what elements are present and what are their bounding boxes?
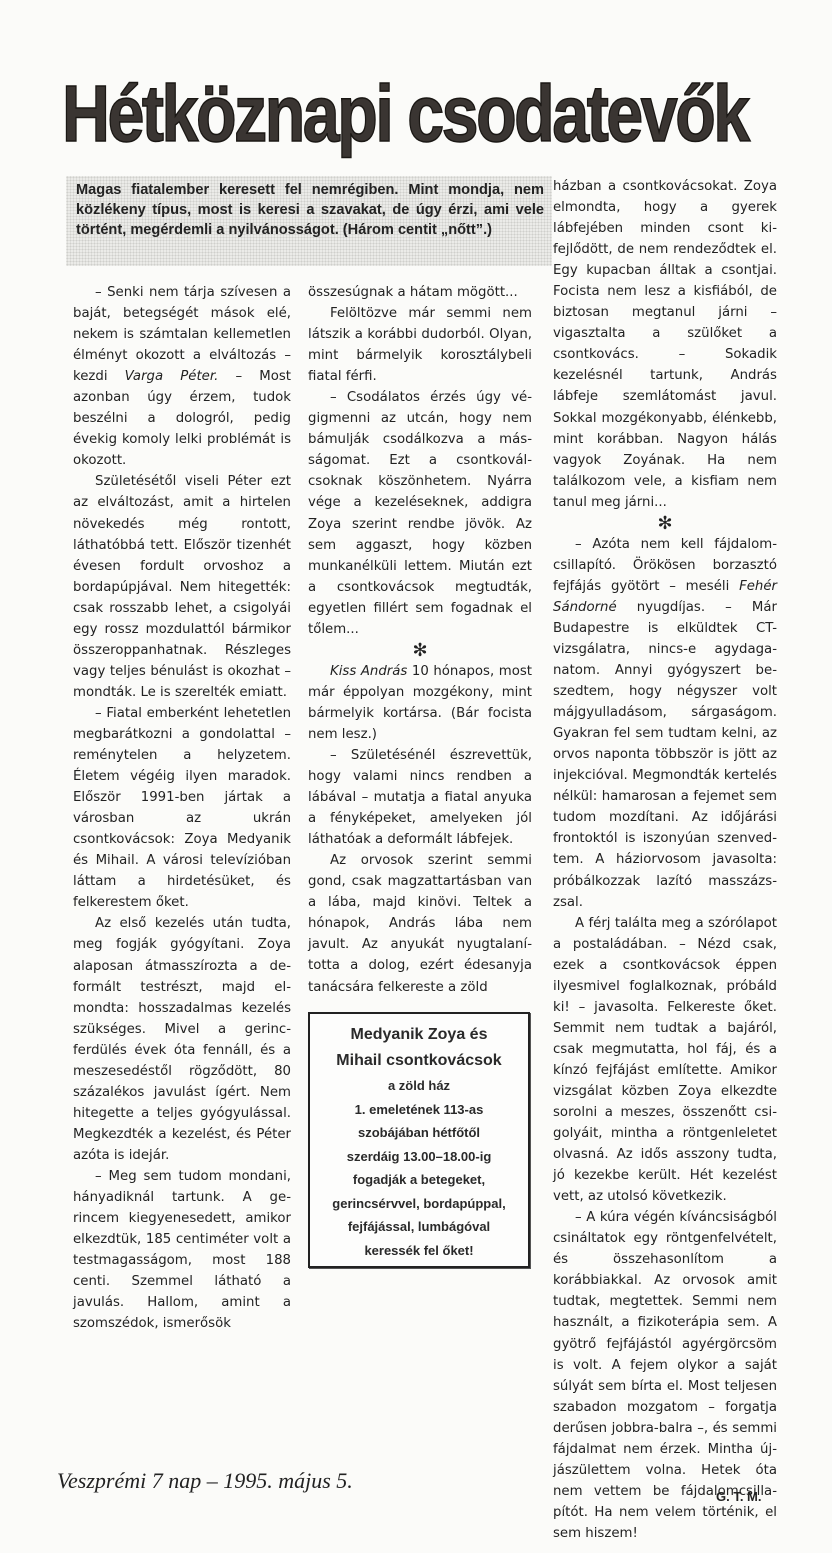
ad-line: a zöld ház: [310, 1074, 528, 1098]
ad-line: Medyanik Zoya és: [310, 1022, 528, 1048]
paragraph: – Csodálatos érzés úgy vé­gigmenni az ut…: [308, 387, 532, 640]
paragraph: Az orvosok szerint semmi gond, csak magz…: [308, 850, 532, 997]
paragraph: – Meg sem tudom monda­ni, hányadiknál ta…: [73, 1166, 291, 1334]
ad-line: szobájában hétfőtől: [310, 1121, 528, 1145]
paragraph: A férj találta meg a szóróla­pot a posta…: [553, 913, 777, 1208]
ad-line: 1. emeletének 113-as: [310, 1098, 528, 1122]
paragraph: összesúgnak a hátam mö­gött...: [308, 282, 532, 303]
article-column-3: házban a csontkovácsokat. Zoya elmondta,…: [553, 176, 777, 1544]
paragraph: Az első kezelés után tudta, meg fogják g…: [73, 913, 291, 1166]
section-separator-icon: ✻: [308, 640, 532, 661]
ad-line: gerincsérvvel, bordapúppal,: [310, 1192, 528, 1216]
publication-source: Veszprémi 7 nap – 1995. május 5.: [57, 1466, 457, 1496]
advertisement-box: Medyanik Zoya és Mihail csontkovácsok a …: [308, 1012, 530, 1268]
ad-line: keressék fel őket!: [310, 1239, 528, 1263]
paragraph: – Senki nem tárja szívesen a baját, bete…: [73, 282, 291, 471]
paragraph: Születésétől viseli Péter ezt az elválto…: [73, 471, 291, 703]
article-column-1: – Senki nem tárja szívesen a baját, bete…: [73, 282, 291, 1334]
person-name: Kiss András: [330, 664, 407, 679]
author-signature: G. T. M.: [716, 1488, 786, 1506]
ad-line: Mihail csontkovácsok: [310, 1048, 528, 1074]
ad-line: fejfájással, lumbágóval: [310, 1215, 528, 1239]
ad-line: szerdáig 13.00–18.00-ig: [310, 1145, 528, 1169]
paragraph: – Azóta nem kell fájdalom­csillapító. Ör…: [553, 534, 777, 913]
paragraph: – Születésénél észrevettük, hogy valami …: [308, 745, 532, 850]
paragraph: Kiss András 10 hónapos, most már éppolya…: [308, 661, 532, 745]
paragraph: házban a csontkovácsokat. Zoya elmondta,…: [553, 176, 777, 513]
paragraph: – Fiatal emberként lehetet­len megbarátk…: [73, 703, 291, 913]
article-column-2: összesúgnak a hátam mö­gött... Felöltözv…: [308, 282, 532, 998]
person-name: Varga Péter.: [125, 369, 219, 384]
article-headline: Hétköznapi csodatevők: [62, 66, 660, 162]
ad-line: fogadják a betegeket,: [310, 1168, 528, 1192]
paragraph: Felöltözve már semmi nem látszik a koráb…: [308, 303, 532, 387]
article-lead: Magas fiatalember keresett fel nemrégibe…: [66, 176, 552, 266]
section-separator-icon: ✻: [553, 513, 777, 534]
